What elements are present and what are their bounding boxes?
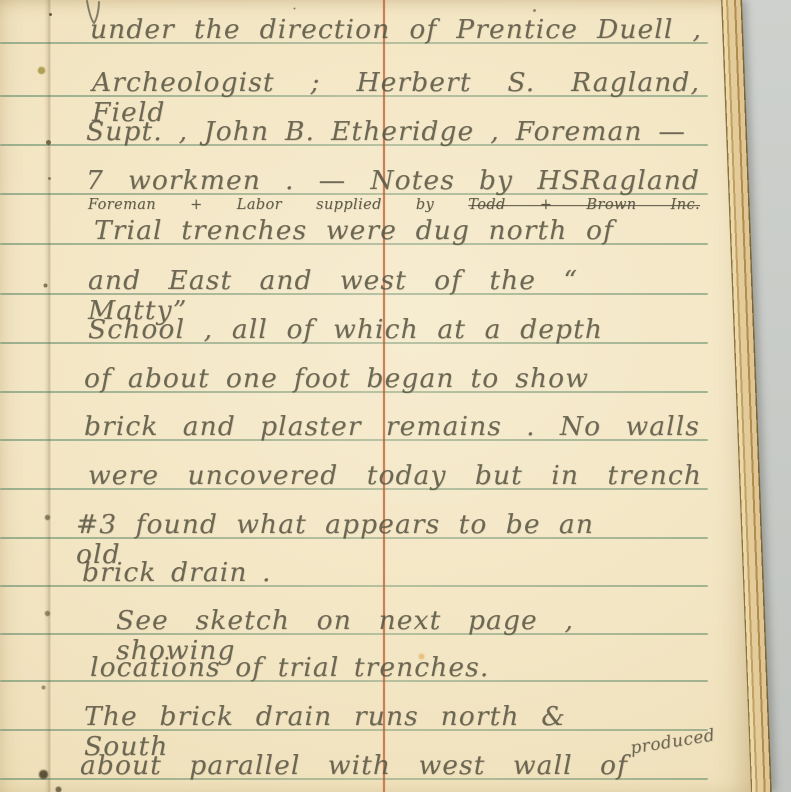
notebook-page: under the direction of Prentice Duell , … [0, 0, 752, 792]
handwriting-line-14: locations of trial trenches. [90, 653, 489, 683]
handwriting-line-4: 7 workmen . — Notes by HSRagland [86, 166, 700, 196]
interline-note-struck: Todd + Brown Inc. [468, 197, 700, 213]
handwriting-line-3: Supt. , John B. Etheridge , Foreman — [86, 117, 686, 147]
handwriting-line-9: brick and plaster remains . No walls [84, 412, 700, 442]
handwriting-line-5: Trial trenches were dug north of [94, 216, 614, 246]
handwriting-line-12: brick drain . [82, 558, 272, 588]
binding-crease [44, 0, 53, 792]
inserted-word: produced [629, 726, 716, 757]
handwriting-line-7: School , all of which at a depth [88, 315, 603, 345]
handwriting-line-8: of about one foot began to show [84, 364, 589, 394]
handwriting-line-10: were uncovered today but in trench [88, 461, 702, 491]
interline-note-plain: Foreman + Labor supplied by [88, 197, 468, 213]
handwriting-line-16: about parallel with west wall of [80, 751, 628, 781]
interline-note: Foreman + Labor supplied by Todd + Brown… [88, 197, 700, 214]
paper-specks [0, 0, 3, 3]
handwriting-line-1: under the direction of Prentice Duell , [90, 15, 702, 45]
scanned-notebook-photo: { "document": { "kind": "Handwritten fie… [0, 0, 791, 792]
